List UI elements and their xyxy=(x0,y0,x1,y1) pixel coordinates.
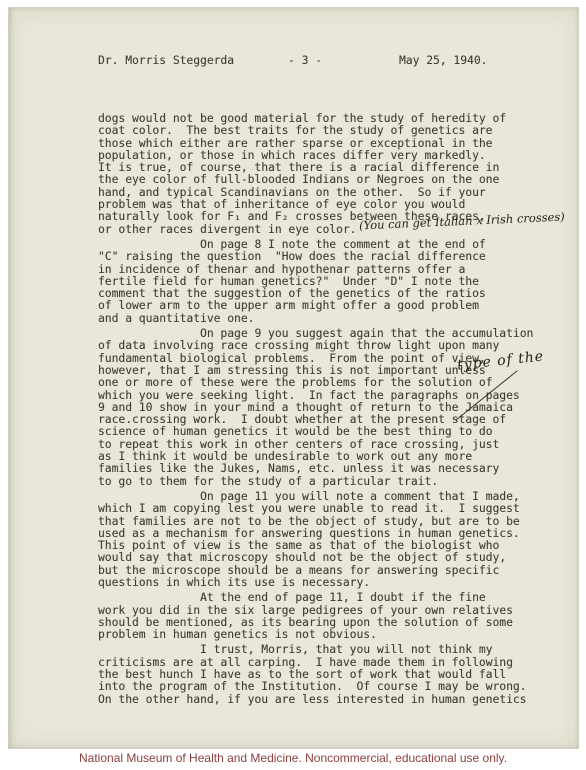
page-number: - 3 - xyxy=(288,54,322,67)
letter-paragraph-6: I trust, Morris, that you will not think… xyxy=(98,644,560,705)
letter-paragraph-2: On page 8 I note the comment at the end … xyxy=(98,239,560,325)
letter-body: dogs would not be good material for the … xyxy=(98,113,560,709)
letter-header: Dr. Morris Steggerda - 3 - May 25, 1940. xyxy=(9,54,578,68)
letter-paragraph-5: At the end of page 11, I doubt if the fi… xyxy=(98,592,560,641)
letter-paragraph-4: On page 11 you will note a comment that … xyxy=(98,491,560,589)
letter-paragraph-3: On page 9 you suggest again that the acc… xyxy=(98,328,560,488)
letter-date: May 25, 1940. xyxy=(399,54,487,67)
recipient-name: Dr. Morris Steggerda xyxy=(98,54,234,67)
scanned-letter-page: Dr. Morris Steggerda - 3 - May 25, 1940.… xyxy=(8,7,579,749)
footer-caption: National Museum of Health and Medicine. … xyxy=(0,751,586,765)
